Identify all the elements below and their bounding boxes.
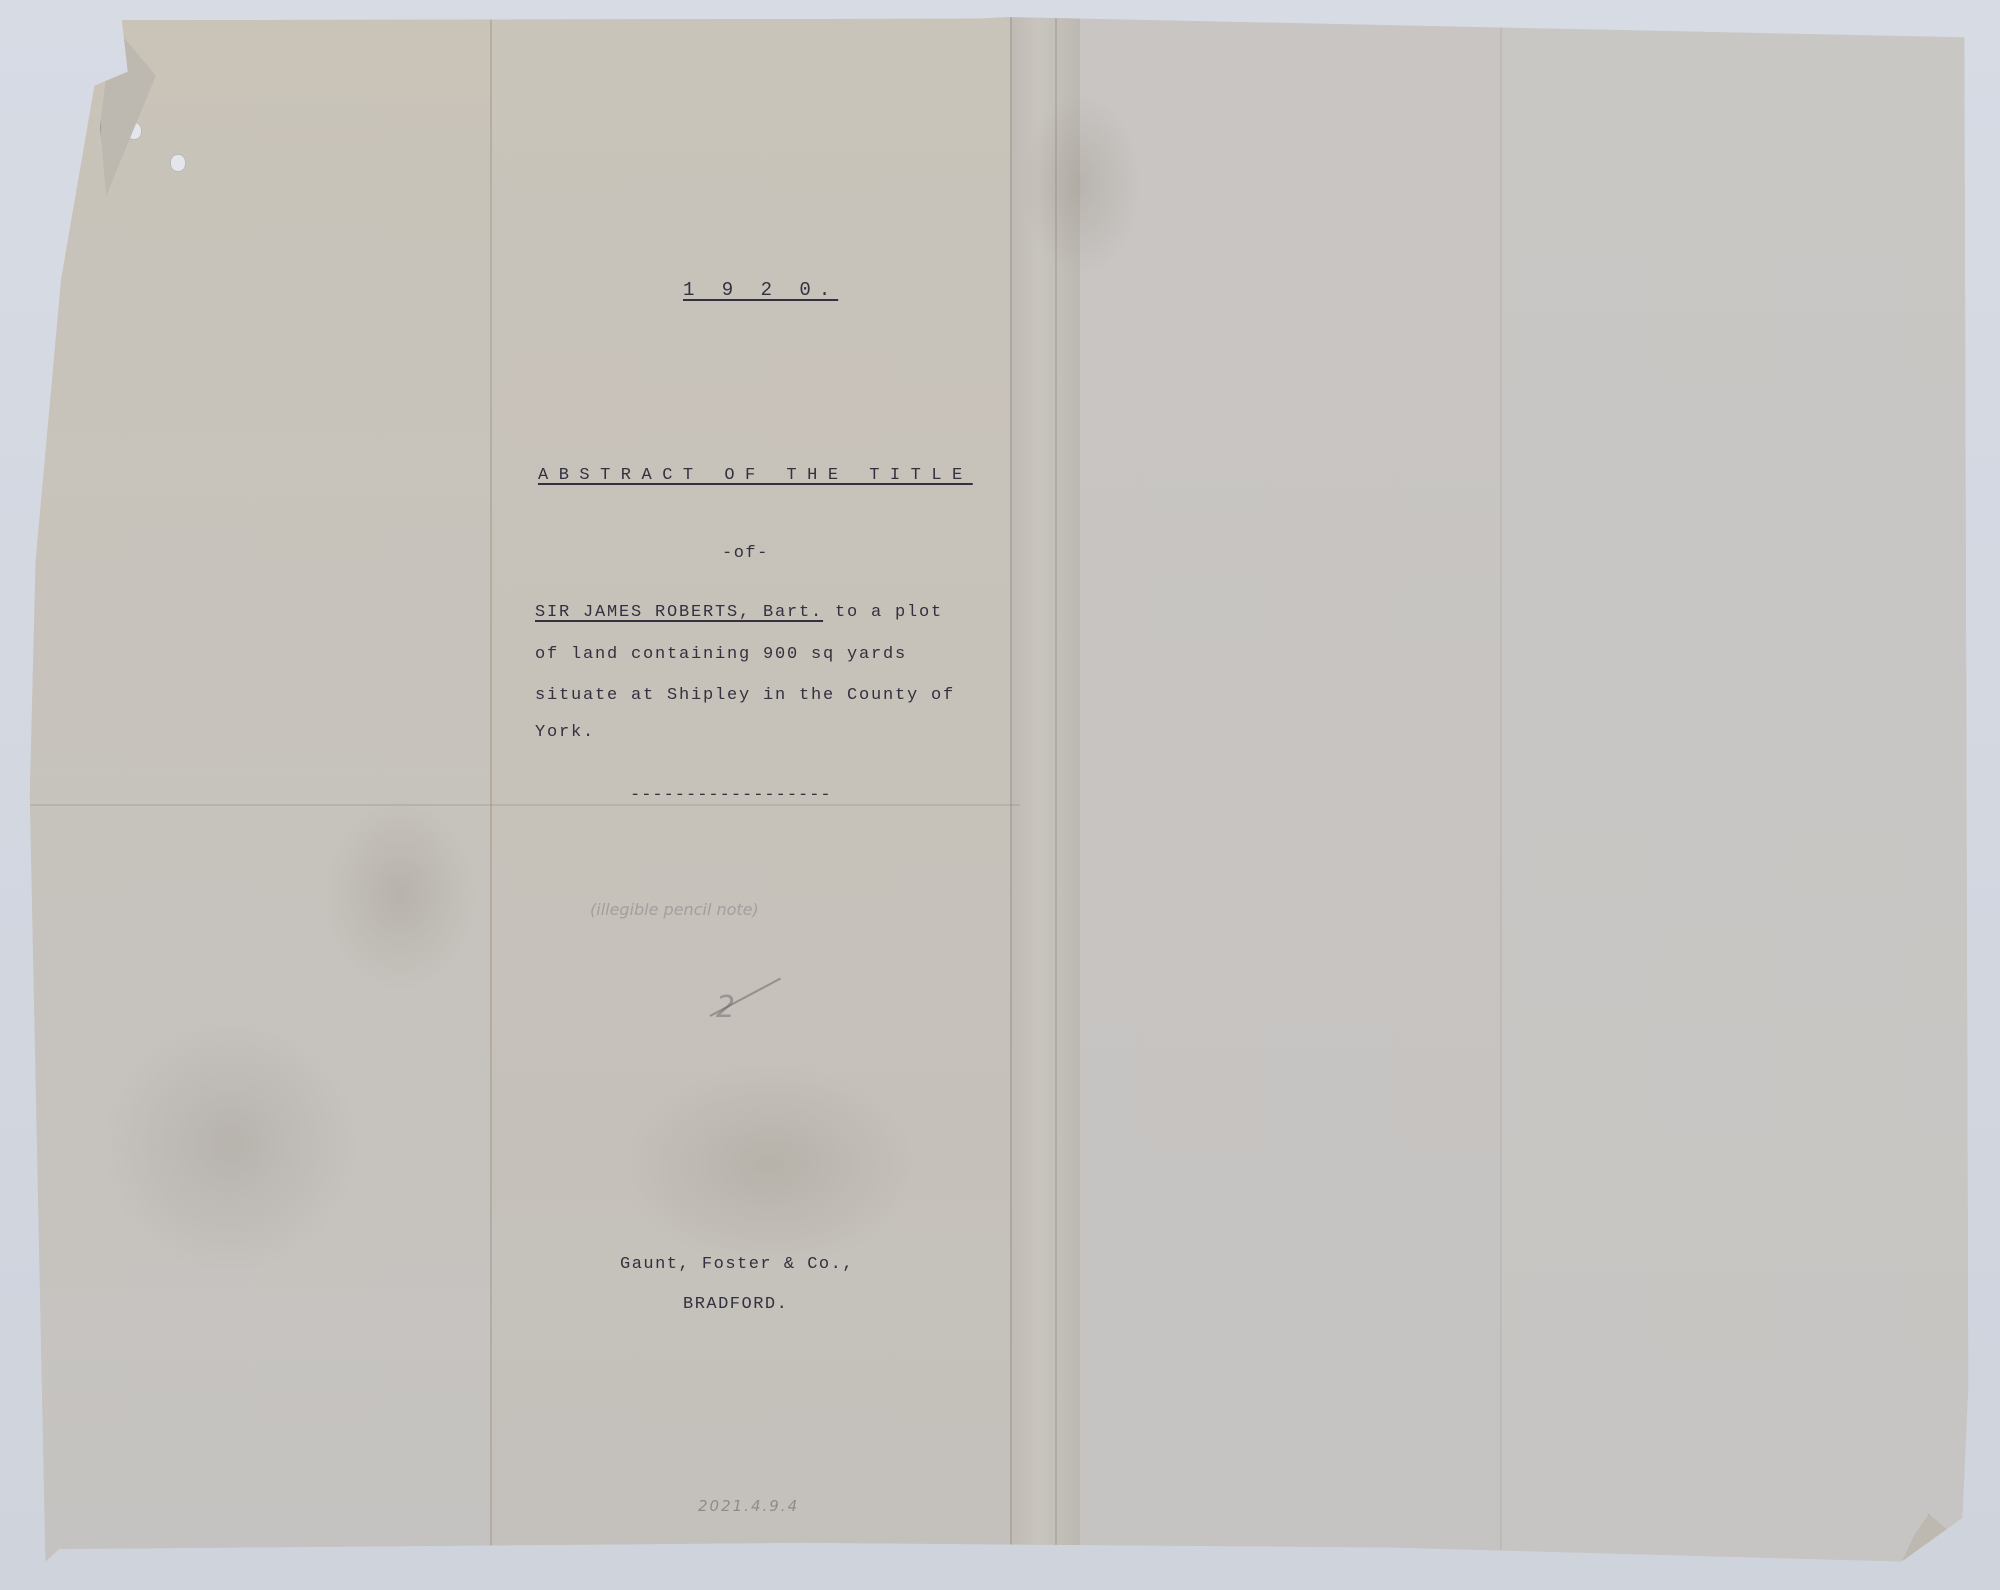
body-line-1-rest: to a plot: [823, 603, 943, 622]
document-title: ABSTRACT OF THE TITLE: [538, 466, 973, 485]
fold-line: [1500, 14, 1502, 1574]
accession-number: 2021.4.9.4: [698, 1497, 799, 1515]
firm-city: BRADFORD.: [683, 1295, 788, 1314]
stain: [1020, 94, 1140, 274]
party-name: SIR JAMES ROBERTS, Bart.: [535, 603, 823, 622]
panel-right-outer: [1500, 14, 1980, 1574]
body-line-4: York.: [535, 723, 595, 742]
body-line-1: SIR JAMES ROBERTS, Bart. to a plot: [535, 603, 943, 622]
panel-left: [20, 14, 490, 1574]
fold-line: [490, 14, 492, 1574]
stain: [620, 1064, 920, 1264]
document-year: 1 9 2 0.: [683, 279, 838, 301]
fold-line: [1010, 14, 1012, 1574]
body-line-3: situate at Shipley in the County of: [535, 686, 955, 705]
document-sheet: [20, 14, 1980, 1574]
fold-line: [20, 804, 1020, 806]
stain: [320, 794, 480, 994]
dashed-rule: ------------------: [630, 786, 832, 805]
firm-name: Gaunt, Foster & Co.,: [620, 1255, 854, 1274]
punch-hole: [170, 154, 186, 172]
panel-right-inner: [1080, 14, 1500, 1574]
body-line-2: of land containing 900 sq yards: [535, 645, 907, 664]
pencil-note: (illegible pencil note): [590, 900, 759, 919]
stain: [100, 1014, 360, 1274]
of-line: -of-: [722, 544, 769, 563]
